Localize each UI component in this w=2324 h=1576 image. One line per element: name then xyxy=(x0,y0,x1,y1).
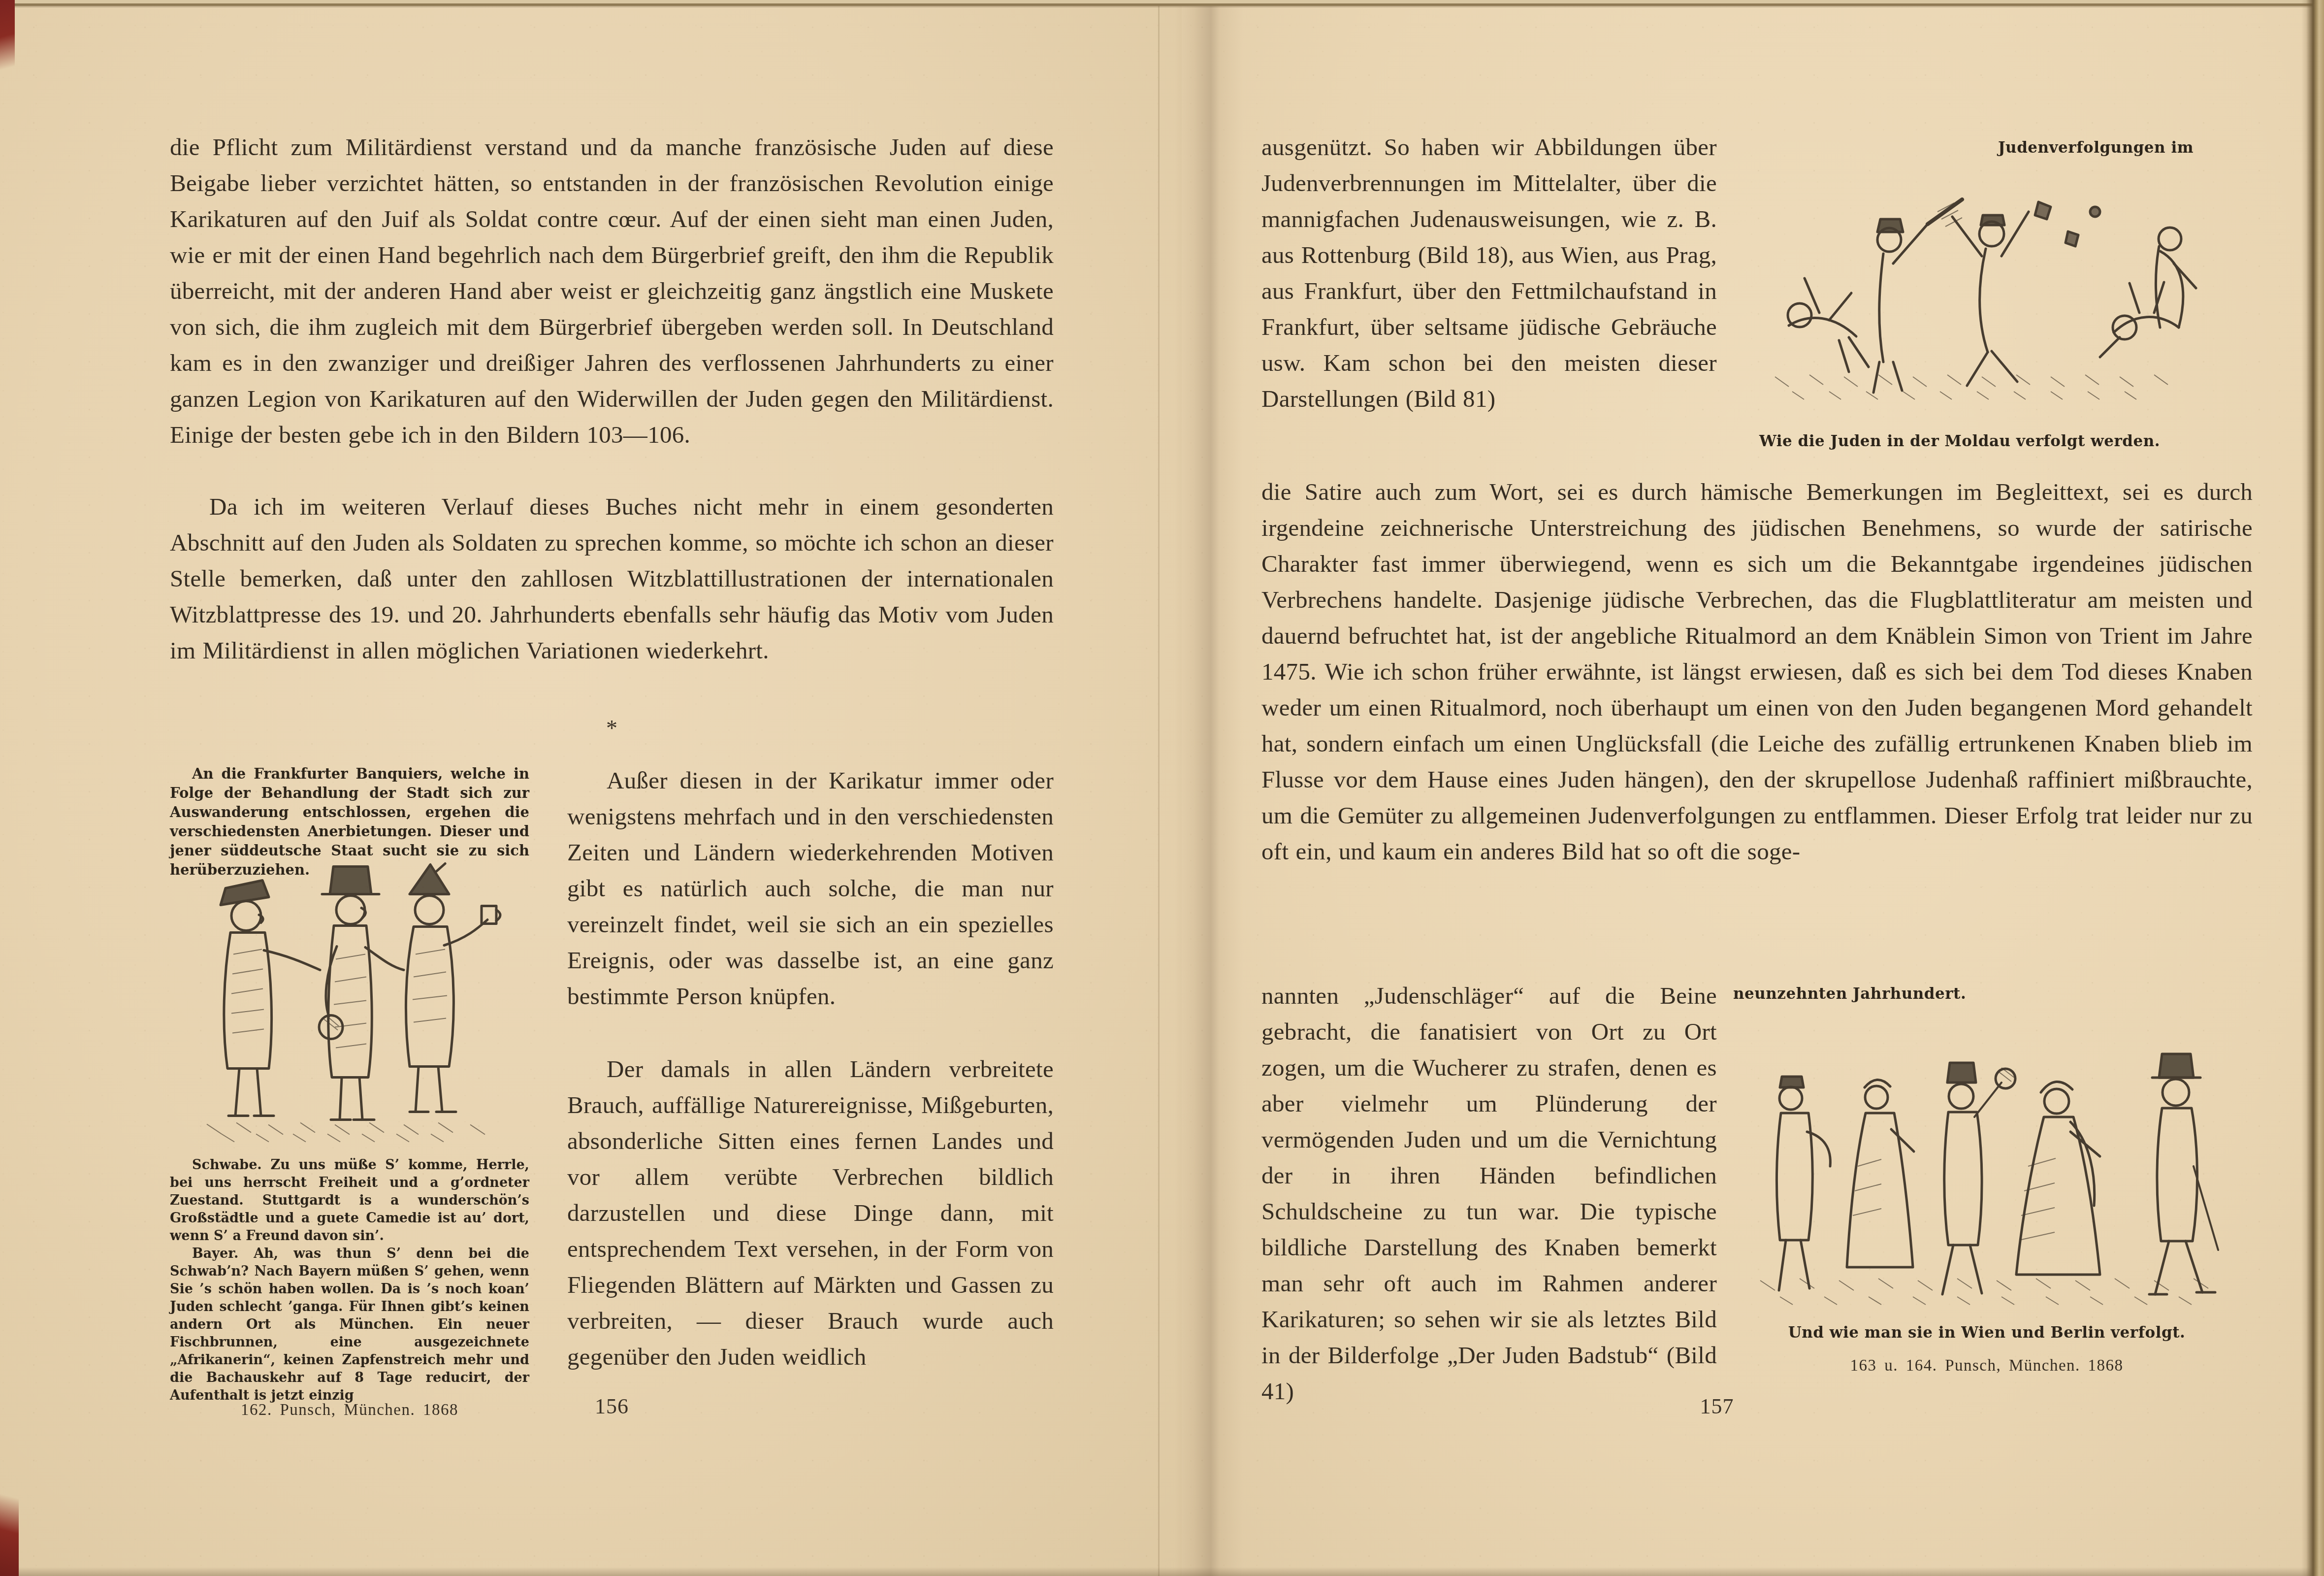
right-figure2-engraving xyxy=(1726,1018,2248,1314)
page-stack-top-edge xyxy=(0,0,2324,9)
left-figure-dialog-bayer: Bayer. Ah, was thun S’ denn bei die Schw… xyxy=(170,1245,529,1405)
cover-corner-bottom-left xyxy=(0,1487,19,1576)
book-spread: die Pflicht zum Militärdienst verstand u… xyxy=(0,0,2324,1576)
right-page-main-text: die Satire auch zum Wort, sei es durch h… xyxy=(1261,474,2253,869)
right-figure2-caption-above: neunzehnten Jahrhundert. xyxy=(1733,985,2029,1003)
right-page-column-top: ausgenützt. So haben wir Abbildungen übe… xyxy=(1261,129,1717,417)
right-figure1-caption-above: Judenverfolgungen im xyxy=(1910,139,2194,157)
right-figure1-engraving xyxy=(1745,165,2201,414)
right-figure1-caption-below: Wie die Juden in der Moldau verfolgt wer… xyxy=(1713,432,2206,450)
left-figure-dialog-schwabe: Schwabe. Zu uns müße S’ komme, Herrle, b… xyxy=(170,1156,529,1245)
page-stack-right-edge xyxy=(2301,0,2324,1576)
section-separator-asterisk: * xyxy=(170,715,1054,741)
page-crease xyxy=(1158,0,1160,1576)
left-figure-engraving xyxy=(172,845,517,1148)
caricature-procession-illustration xyxy=(1726,1018,2248,1314)
right-figure2-caption-below: Und wie man sie in Wien und Berlin verfo… xyxy=(1733,1324,2240,1342)
left-page-column-paragraph-1: Außer diesen in der Karikatur immer oder… xyxy=(567,762,1054,1014)
left-page-number: 156 xyxy=(170,1394,1054,1419)
left-page-paragraph-2: Da ich im weiteren Verlauf dieses Buches… xyxy=(170,489,1054,668)
right-page-number: 157 xyxy=(1261,1394,2172,1419)
caricature-three-men-illustration xyxy=(172,845,517,1148)
cover-corner-top-left xyxy=(0,0,15,79)
page-bottom-shadow xyxy=(0,1567,2324,1576)
right-page-column-bottom: nannten „Judenschläger“ auf die Beine ge… xyxy=(1261,978,1717,1409)
right-figure2-attribution: 163 u. 164. Punsch, München. 1868 xyxy=(1733,1357,2240,1375)
left-page-paragraph-1: die Pflicht zum Militärdienst verstand u… xyxy=(170,129,1054,453)
caricature-mob-scene-illustration xyxy=(1745,165,2201,414)
left-page-column-paragraph-2: Der damals in allen Ländern verbreitete … xyxy=(567,1051,1054,1375)
